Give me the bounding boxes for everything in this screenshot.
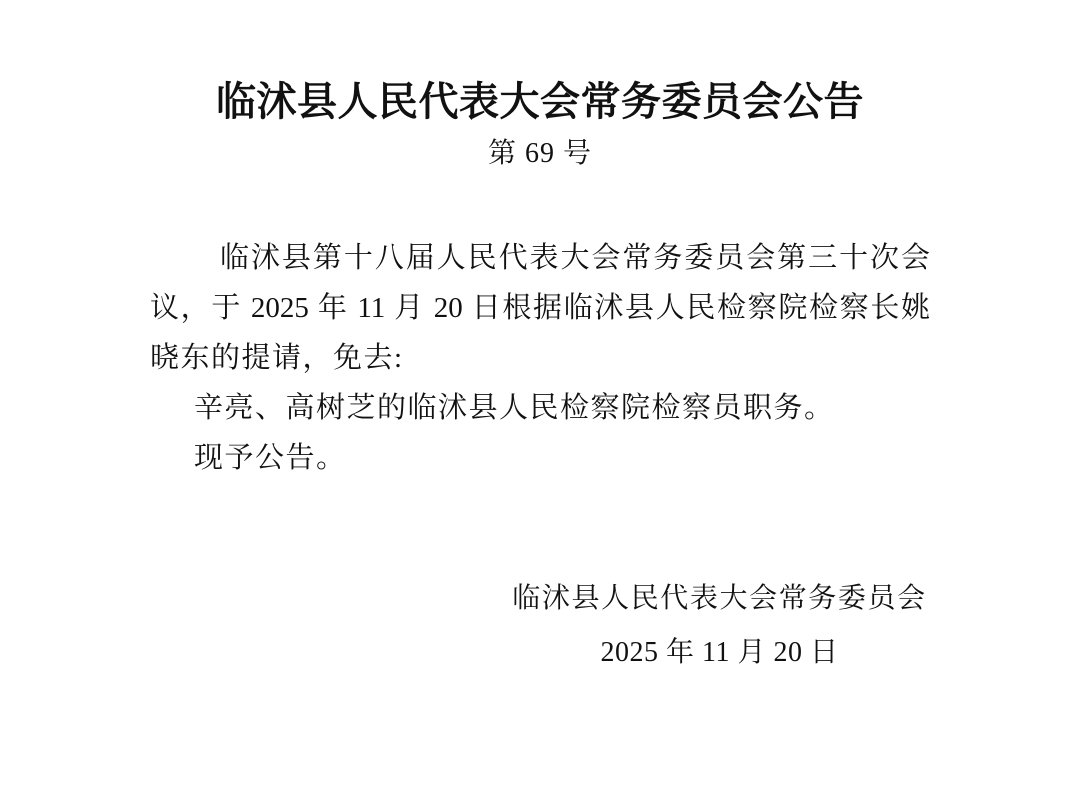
body-line-2: 议，于 2025 年 11 月 20 日根据临沭县人民检察院检察长姚: [150, 283, 930, 333]
body-line-4: 辛亮、高树芝的临沭县人民检察院检察员职务。: [150, 383, 930, 433]
document-title: 临沭县人民代表大会常务委员会公告: [0, 0, 1080, 124]
body-line-3: 晓东的提请，免去:: [150, 333, 930, 383]
signature-organization: 临沭县人民代表大会常务委员会: [512, 578, 927, 620]
announcement-page: 临沭县人民代表大会常务委员会公告 第 69 号 临沭县第十八届人民代表大会常务委…: [0, 0, 1080, 799]
document-body: 临沭县第十八届人民代表大会常务委员会第三十次会 议，于 2025 年 11 月 …: [150, 233, 930, 483]
document-number: 第 69 号: [0, 137, 1080, 171]
signature-block: 临沭县人民代表大会常务委员会 2025 年 11 月 20 日: [512, 578, 927, 674]
body-line-5: 现予公告。: [150, 433, 930, 483]
body-line-1: 临沭县第十八届人民代表大会常务委员会第三十次会: [150, 233, 930, 283]
signature-date: 2025 年 11 月 20 日: [512, 632, 927, 674]
